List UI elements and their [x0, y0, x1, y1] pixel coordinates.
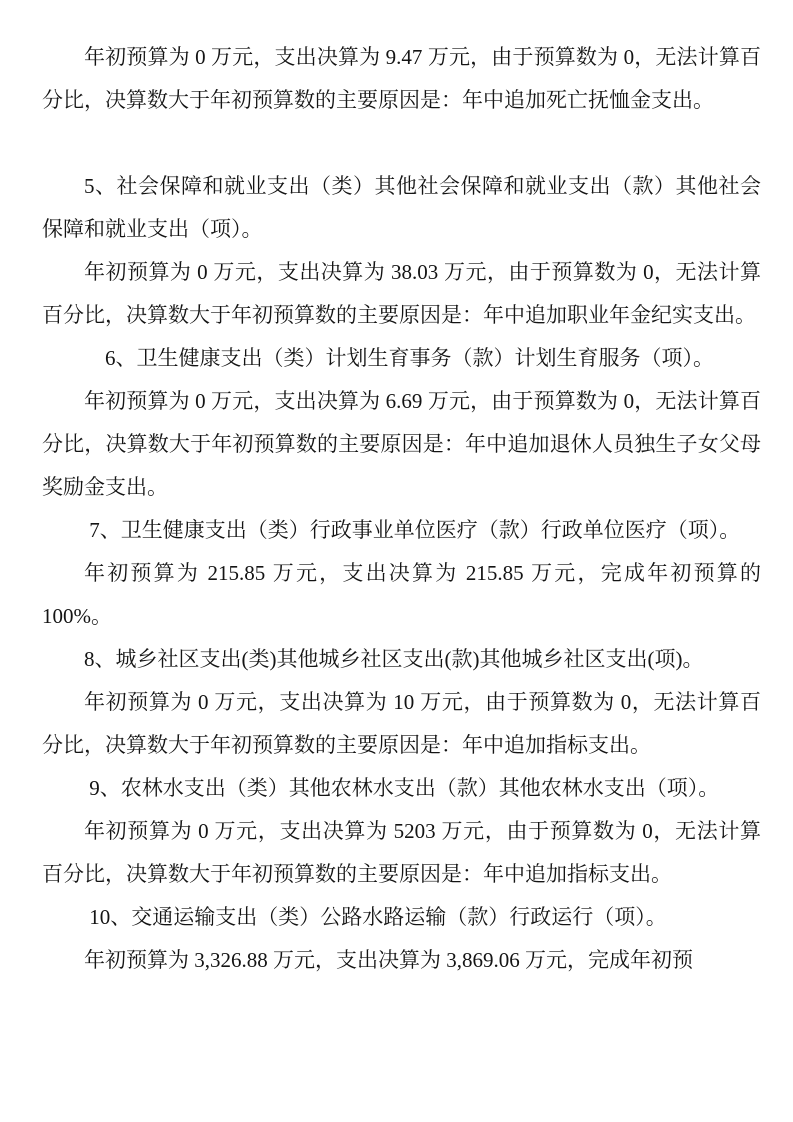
document-page: 年初预算为 0 万元，支出决算为 9.47 万元，由于预算数为 0，无法计算百分… — [0, 0, 793, 1122]
item-heading-paragraph: 10、交通运输支出（类）公路水路运输（款）行政运行（项）。 — [42, 896, 761, 939]
body-paragraph: 年初预算为 0 万元，支出决算为 38.03 万元，由于预算数为 0，无法计算百… — [42, 251, 761, 337]
item-heading-paragraph: 6、卫生健康支出（类）计划生育事务（款）计划生育服务（项）。 — [42, 337, 761, 380]
body-paragraph: 年初预算为 0 万元，支出决算为 6.69 万元，由于预算数为 0，无法计算百分… — [42, 380, 761, 509]
document-text-block: 年初预算为 0 万元，支出决算为 9.47 万元，由于预算数为 0，无法计算百分… — [42, 36, 761, 982]
item-heading-paragraph: 8、城乡社区支出(类)其他城乡社区支出(款)其他城乡社区支出(项)。 — [42, 638, 761, 681]
item-heading-paragraph: 5、社会保障和就业支出（类）其他社会保障和就业支出（款）其他社会保障和就业支出（… — [42, 165, 761, 251]
body-paragraph: 年初预算为 3,326.88 万元，支出决算为 3,869.06 万元，完成年初… — [42, 939, 761, 982]
blank-line — [42, 122, 761, 165]
body-paragraph: 年初预算为 0 万元，支出决算为 10 万元，由于预算数为 0，无法计算百分比，… — [42, 681, 761, 767]
body-paragraph: 年初预算为 215.85 万元，支出决算为 215.85 万元，完成年初预算的 … — [42, 552, 761, 638]
item-heading-paragraph: 9、农林水支出（类）其他农林水支出（款）其他农林水支出（项）。 — [42, 767, 761, 810]
body-paragraph: 年初预算为 0 万元，支出决算为 9.47 万元，由于预算数为 0，无法计算百分… — [42, 36, 761, 122]
item-heading-paragraph: 7、卫生健康支出（类）行政事业单位医疗（款）行政单位医疗（项）。 — [42, 509, 761, 552]
body-paragraph: 年初预算为 0 万元，支出决算为 5203 万元，由于预算数为 0，无法计算百分… — [42, 810, 761, 896]
